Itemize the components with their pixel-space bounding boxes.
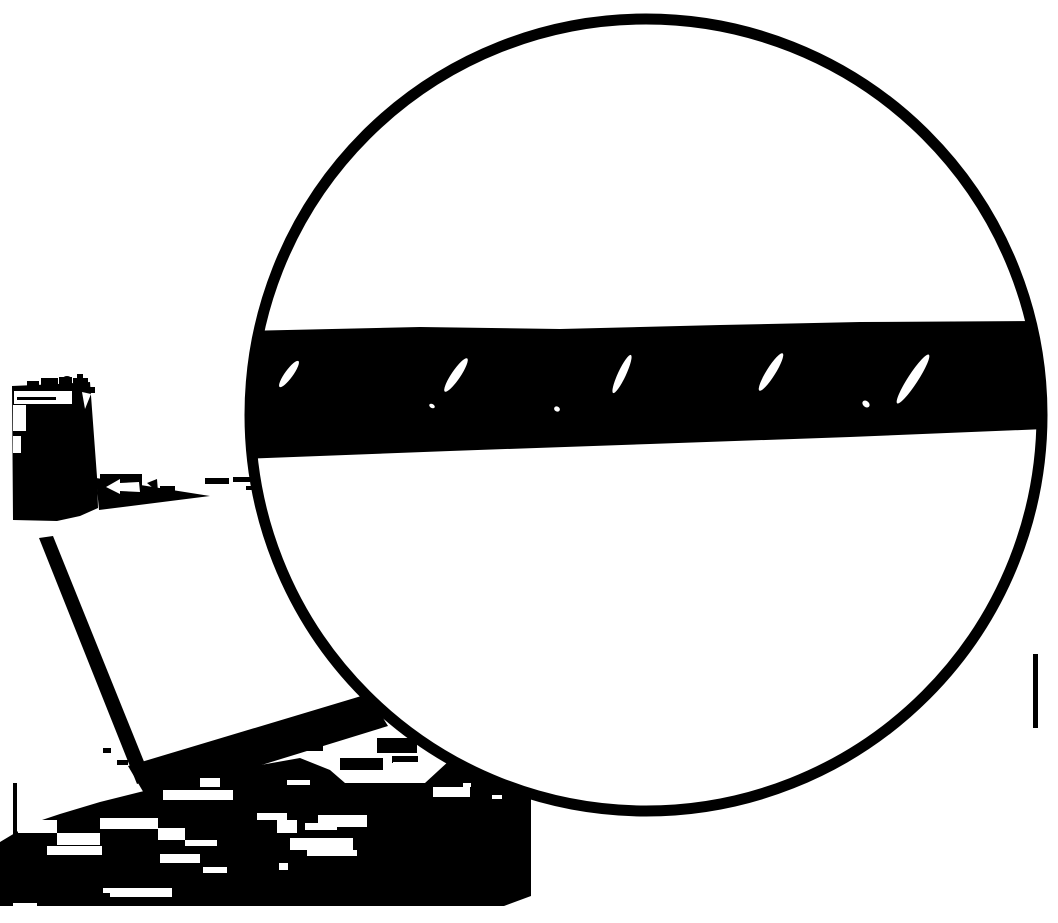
machine-knob xyxy=(41,378,58,385)
floor-noise-patch xyxy=(203,867,227,873)
machine-panel-rule xyxy=(13,431,56,435)
floor-noise-patch xyxy=(110,888,172,897)
floor-noise-patch xyxy=(393,762,420,769)
floor-noise-patch xyxy=(18,820,57,833)
bench-mark xyxy=(160,486,175,492)
floor-noise-patch xyxy=(257,813,287,820)
plate-speck xyxy=(117,760,128,765)
floor-noise-patch xyxy=(492,795,502,799)
bench-edge-dash xyxy=(233,477,250,482)
floor-noise-patch xyxy=(185,840,217,846)
machine-knob xyxy=(27,381,39,387)
floor-noise-patch xyxy=(279,863,288,870)
floor-noise-patch xyxy=(307,850,357,856)
machine-handle-stem xyxy=(77,374,83,398)
floor-noise-patch xyxy=(57,833,100,845)
plate-speck xyxy=(283,744,323,751)
floor-noise-patch xyxy=(47,846,102,855)
floor-noise-patch xyxy=(163,790,233,800)
floor-noise-patch xyxy=(287,780,310,785)
floor-noise-patch xyxy=(463,783,471,787)
floor-noise-patch xyxy=(160,854,200,863)
floor-noise-patch xyxy=(158,828,185,840)
floor-noise-patch xyxy=(200,778,220,787)
machine-handle-bar xyxy=(73,378,88,383)
machine-panel-side xyxy=(13,405,26,431)
screenshot-root xyxy=(0,0,1058,923)
floor-noise-patch xyxy=(100,818,158,829)
floor-noise-patch xyxy=(290,838,353,850)
floor-noise-patch xyxy=(318,815,367,827)
machine-panel-side xyxy=(13,436,21,453)
floor-noise-patch xyxy=(277,820,297,833)
right-edge-bar xyxy=(1033,654,1038,728)
floor-noise-patch xyxy=(13,903,37,907)
plate-speck xyxy=(230,752,260,758)
machine-panel-slot xyxy=(17,397,56,400)
figure-canvas xyxy=(0,0,1058,923)
bench-edge-dash xyxy=(205,478,229,484)
machine-knob xyxy=(62,376,72,384)
floor-noise-patch xyxy=(433,787,470,797)
plate-speck xyxy=(392,756,418,763)
machine-knob xyxy=(88,387,95,393)
plate-speck xyxy=(340,758,383,770)
plate-speck xyxy=(103,748,111,753)
